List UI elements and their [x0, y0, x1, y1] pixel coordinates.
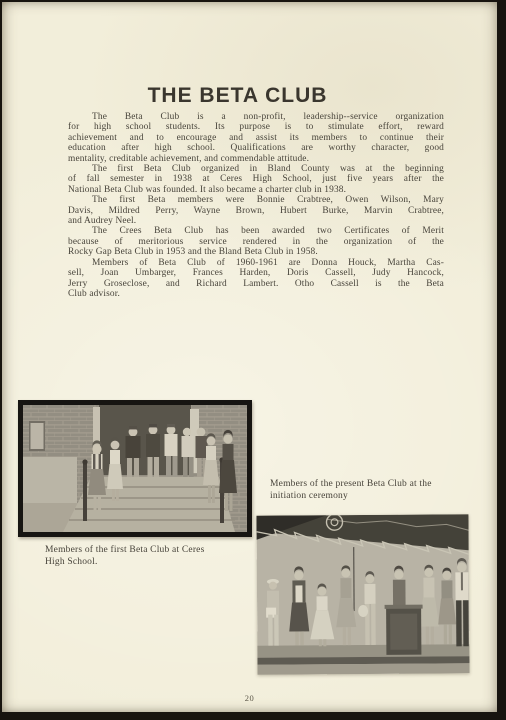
text-line: Rocky Gap Beta Club in 1953 and the Blan…: [68, 247, 444, 257]
article-body: The Beta Club is a non-profit, leadershi…: [68, 112, 444, 299]
photo-initiation-ceremony-image: [256, 514, 469, 674]
text-line: and Audrey Neel.: [68, 216, 444, 226]
page: THE BETA CLUB The Beta Club is a non-pro…: [2, 2, 497, 712]
caption-first-beta-club: Members of the first Beta Club at CeresH…: [45, 545, 265, 568]
text-line: Members of the present Beta Club at the: [270, 479, 480, 491]
text-line: The Beta Club is a non-profit, leadershi…: [68, 112, 444, 122]
text-line: High School.: [45, 557, 265, 569]
text-line: Members of the first Beta Club at Ceres: [45, 545, 265, 557]
text-line: Davis, Mildred Perry, Wayne Brown, Huber…: [68, 206, 444, 216]
text-line: Jerry Groseclose, and Richard Lambert. O…: [68, 279, 444, 289]
text-line: sell, Joan Umbarger, Frances Harden, Dor…: [68, 268, 444, 278]
caption-present-beta-club: Members of the present Beta Club at thei…: [270, 479, 480, 502]
scanned-yearbook-page: { "colors":{ "paper":"#f2eeda", "ink":"#…: [0, 0, 506, 720]
text-line: achievement and to encourage and assist …: [68, 133, 444, 143]
text-line: initiation ceremony: [270, 491, 480, 503]
photo-initiation-ceremony: [256, 514, 469, 674]
text-line: The first Beta members were Bonnie Crabt…: [68, 195, 444, 205]
text-line: Members of Beta Club of 1960-1961 are Do…: [68, 258, 444, 268]
photo-first-beta-club-image: [23, 405, 247, 532]
text-line: The first Beta Club organized in Bland C…: [68, 164, 444, 174]
title-row: THE BETA CLUB: [2, 84, 497, 108]
photo-first-beta-club: [18, 400, 252, 537]
text-line: education after high school. Qualificati…: [68, 143, 444, 153]
text-line: The Crees Beta Club has been awarded two…: [68, 226, 444, 236]
text-line: for high school students. Its purpose is…: [68, 122, 444, 132]
page-number: 20: [2, 693, 497, 703]
text-line: mentality, creditable achievement, and c…: [68, 154, 444, 164]
text-line: National Beta Club was founded. It also …: [68, 185, 444, 195]
page-title: THE BETA CLUB: [148, 84, 328, 108]
text-line: Club advisor.: [68, 289, 444, 299]
text-line: because of meritorious service rendered …: [68, 237, 444, 247]
text-line: of fall semester in 1938 at Ceres High S…: [68, 174, 444, 184]
